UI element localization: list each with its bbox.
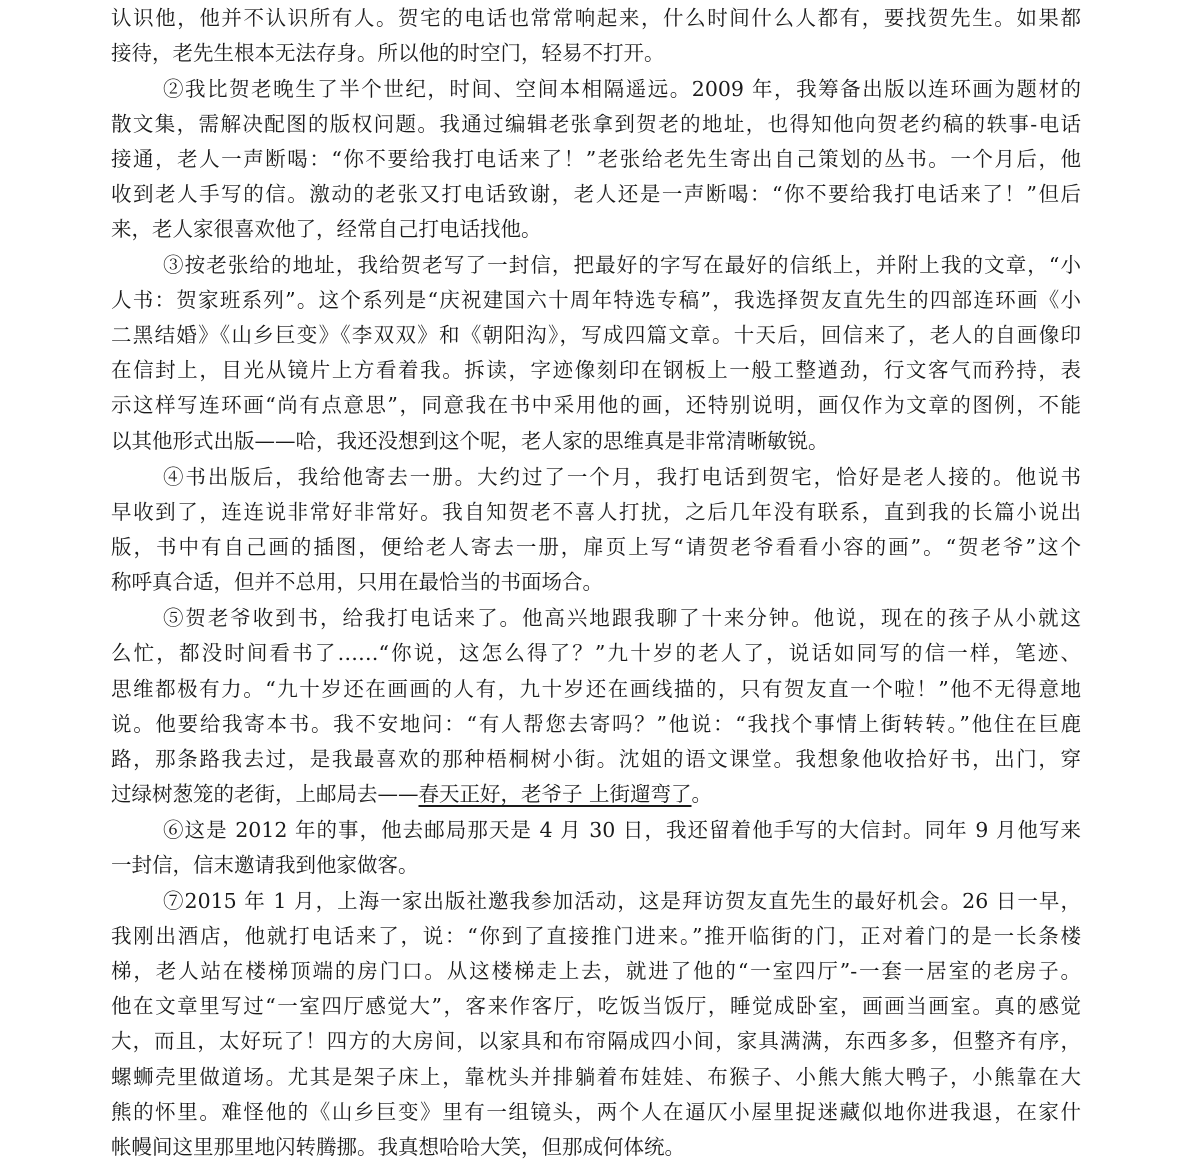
- text-segment: 。: [692, 782, 713, 806]
- text-segment: 过绿树葱笼的老街，上邮局去——: [111, 782, 419, 806]
- paragraph-3-line-1: ③按老张给的地址，我给贺老写了一封信，把最好的字写在最好的信纸上，并附上我的文章…: [163, 247, 1081, 283]
- paragraph-2-line-1: ②我比贺老晚生了半个世纪，时间、空间本相隔遥远。2009 年，我筹备出版以连环画…: [163, 71, 1081, 107]
- paragraph-2-line-2: 散文集，需解决配图的版权问题。我通过编辑老张拿到贺老的地址，也得知他向贺老约稿的…: [111, 106, 1081, 142]
- paragraph-6-line-1: ⑥这是 2012 年的事，他去邮局那天是 4 月 30 日，我还留着他手写的大信…: [163, 812, 1081, 848]
- paragraph-4-line-1: ④书出版后，我给他寄去一册。大约过了一个月，我打电话到贺宅，恰好是老人接的。他说…: [163, 459, 1081, 495]
- paragraph-7-line-5: 大，而且，太好玩了！四方的大房间，以家具和布帘隔成四小间，家具满满，东西多多，但…: [111, 1023, 1081, 1059]
- paragraph-3-line-6: 以其他形式出版——哈，我还没想到这个呢，老人家的思维真是非常清晰敏锐。: [111, 423, 1081, 459]
- paragraph-7-line-6: 螺蛳壳里做道场。尤其是架子床上，靠枕头并排躺着布娃娃、布猴子、小熊大熊大鸭子，小…: [111, 1059, 1081, 1095]
- paragraph-4-line-2: 早收到了，连连说非常好非常好。我自知贺老不喜人打扰，之后几年没有联系，直到我的长…: [111, 494, 1081, 530]
- paragraph-5-line-4: 说。他要给我寄本书。我不安地问：“有人帮您去寄吗？”他说：“我找个事情上街转转。…: [111, 706, 1081, 742]
- paragraph-3-line-2: 人书：贺家班系列”。这个系列是“庆祝建国六十周年特选专稿”，我选择贺友直先生的四…: [111, 282, 1081, 318]
- paragraph-6-line-2: 一封信，信末邀请我到他家做客。: [111, 847, 1081, 883]
- paragraph-5-line-1: ⑤贺老爷收到书，给我打电话来了。他高兴地跟我聊了十来分钟。他说，现在的孩子从小就…: [163, 600, 1081, 636]
- paragraph-7-line-8: 帐幔间这里那里地闪转腾挪。我真想哈哈大笑，但那成何体统。: [111, 1129, 1081, 1165]
- paragraph-7-line-4: 他在文章里写过“一室四厅感觉大”，客来作客厅，吃饭当饭厅，睡觉成卧室，画画当画室…: [111, 988, 1081, 1024]
- paragraph-2-line-5: 来，老人家很喜欢他了，经常自己打电话找他。: [111, 211, 1081, 247]
- text-line-1: 认识他，他并不认识所有人。贺宅的电话也常常响起来，什么时间什么人都有，要找贺先生…: [111, 0, 1081, 36]
- paragraph-7-line-3: 梯，老人站在楼梯顶端的房门口。从这楼梯走上去，就进了他的“一室四厅”-一套一居室…: [111, 953, 1081, 989]
- paragraph-4-line-4: 称呼真合适，但并不总用，只用在最恰当的书面场合。: [111, 564, 1081, 600]
- paragraph-3-line-3: 二黑结婚》《山乡巨变》《李双双》和《朝阳沟》，写成四篇文章。十天后，回信来了，老…: [111, 317, 1081, 353]
- paragraph-4-line-3: 版，书中有自己画的插图，便给老人寄去一册，扉页上写“请贺老爷看看小容的画”。“贺…: [111, 529, 1081, 565]
- paragraph-5-line-6: 过绿树葱笼的老街，上邮局去——春天正好，老爷子 上街遛弯了。: [111, 776, 1081, 812]
- paragraph-5-line-5: 路，那条路我去过，是我最喜欢的那种梧桐树小街。沈姐的语文课堂。我想象他收拾好书，…: [111, 741, 1081, 777]
- text-line-2: 接待，老先生根本无法存身。所以他的时空门，轻易不打开。: [111, 35, 1081, 71]
- underlined-sentence: 春天正好，老爷子 上街遛弯了: [419, 782, 692, 806]
- paragraph-3-line-4: 在信封上，目光从镜片上方看着我。拆读，字迹像刻印在钢板上一般工整遒劲，行文客气而…: [111, 352, 1081, 388]
- paragraph-2-line-3: 接通，老人一声断喝：“你不要给我打电话来了！”老张给老先生寄出自己策划的丛书。一…: [111, 141, 1081, 177]
- paragraph-5-line-2: 么忙，都没时间看书了……“你说，这怎么得了？”九十岁的老人了，说话如同写的信一样…: [111, 635, 1081, 671]
- paragraph-5-line-3: 思维都极有力。“九十岁还在画画的人有，九十岁还在画线描的，只有贺友直一个啦！”他…: [111, 671, 1081, 707]
- paragraph-3-line-5: 示这样写连环画“尚有点意思”，同意我在书中采用他的画，还特别说明，画仅作为文章的…: [111, 387, 1081, 423]
- paragraph-7-line-1: ⑦2015 年 1 月，上海一家出版社邀我参加活动，这是拜访贺友直先生的最好机会…: [163, 883, 1081, 919]
- paragraph-7-line-7: 熊的怀里。难怪他的《山乡巨变》里有一组镜头，两个人在逼仄小屋里捉迷藏似地你进我退…: [111, 1094, 1081, 1130]
- paragraph-2-line-4: 收到老人手写的信。激动的老张又打电话致谢，老人还是一声断喝：“你不要给我打电话来…: [111, 176, 1081, 212]
- paragraph-7-line-2: 我刚出酒店，他就打电话来了，说：“你到了直接推门进来。”推开临街的门，正对着门的…: [111, 918, 1081, 954]
